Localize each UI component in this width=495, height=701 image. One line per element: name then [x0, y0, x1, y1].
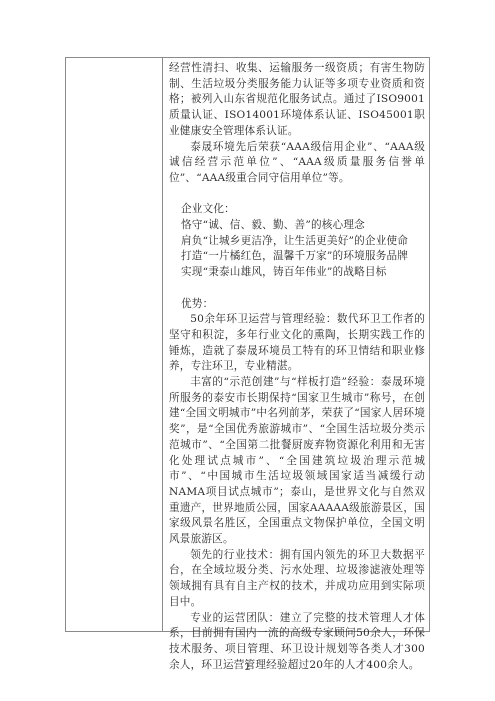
spacer: [181, 281, 425, 297]
culture-heading: 企业文化：: [181, 202, 425, 218]
honors-paragraph: 泰晟环境先后荣获“AAA级信用企业”、“AAA级诚信经营示范单位”、“AAA级质…: [169, 140, 425, 187]
qualifications-paragraph: 经营性清扫、收集、运输服务一级资质；有害生物防制、生活垃圾分类服务能力认证等多项…: [169, 61, 425, 140]
content-table: 经营性清扫、收集、运输服务一级资质；有害生物防制、生活垃圾分类服务能力认证等多项…: [65, 57, 430, 632]
spacer: [169, 187, 425, 203]
table-label-cell: [66, 58, 163, 631]
advantage-experience: 50余年环卫运营与管理经验：数代环卫工作者的坚守和积淀，多年行业文化的熏陶，长期…: [169, 312, 425, 375]
advantage-demonstration: 丰富的“示范创建”与“样板打造”经验：泰晟环境所服务的泰安市长期保持“国家卫生城…: [169, 375, 425, 548]
table-content-cell: 经营性清扫、收集、运输服务一级资质；有害生物防制、生活垃圾分类服务能力认证等多项…: [163, 58, 429, 631]
culture-item: 肩负“让城乡更洁净，让生活更美好”的企业使命: [181, 234, 425, 250]
corporate-culture-section: 企业文化： 恪守“诚、信、毅、勤、善”的核心理念 肩负“让城乡更洁净，让生活更美…: [169, 202, 425, 312]
advantage-technology: 领先的行业技术：拥有国内领先的环卫大数据平台，在全域垃圾分类、污水处理、垃圾渗滤…: [169, 548, 425, 611]
page-number: 2: [0, 663, 495, 673]
advantages-heading: 优势：: [181, 297, 425, 313]
culture-item: 实现“秉泰山雄风，铸百年伟业”的战略目标: [181, 265, 425, 281]
culture-item: 打造“一片橘红色，温馨千万家”的环境服务品牌: [181, 249, 425, 265]
culture-item: 恪守“诚、信、毅、勤、善”的核心理念: [181, 218, 425, 234]
